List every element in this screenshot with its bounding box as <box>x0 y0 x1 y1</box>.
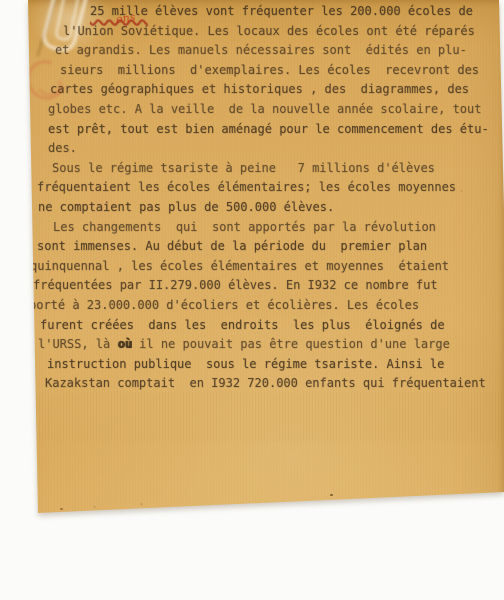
typewritten-line: fréquentaient les écoles élémentaires; l… <box>0 178 504 198</box>
typewritten-text: 25 mille élèves vont fréquenter les 200.… <box>0 2 504 394</box>
dirt-specks <box>28 278 31 280</box>
scanned-document-screen: 25 mille élèves vont fréquenter les 200.… <box>0 0 504 600</box>
typewritten-line: Sous le régime tsariste à peine 7 millio… <box>0 159 504 179</box>
typewritten-line: l'Union Soviétique. Les locaux des école… <box>0 22 504 42</box>
handwritten-correction: ons <box>115 11 136 27</box>
typewritten-line: l'URSS, là où il ne pouvait pas être que… <box>0 335 504 355</box>
typewritten-line: globes etc. A la veille de la nouvelle a… <box>0 100 504 120</box>
typewritten-line: fréquentées par II.279.000 élèves. En I9… <box>0 276 504 296</box>
typewritten-line: quinquennal , les écoles élémentaires et… <box>0 257 504 277</box>
typewritten-line: instruction publique sous le régime tsar… <box>0 355 504 375</box>
paper-texture-band <box>30 393 504 441</box>
document-paper: 25 mille élèves vont fréquenter les 200.… <box>0 0 504 600</box>
typewritten-line: furent créées dans les endroits les plus… <box>0 316 504 336</box>
typewritten-line: sont immenses. Au début de la période du… <box>0 237 504 257</box>
typewritten-line: des. <box>0 139 504 159</box>
red-ink-specks <box>9 221 12 225</box>
typewritten-line: Les changements qui sont apportés par la… <box>0 218 504 238</box>
typewritten-line: sieurs millions d'exemplaires. Les école… <box>0 61 504 81</box>
typewritten-line: 25 mille élèves vont fréquenter les 200.… <box>0 2 504 22</box>
typewritten-line: cartes géographiques et historiques , de… <box>0 80 504 100</box>
typewritten-line: ne comptaient pas plus de 500.000 élèves… <box>0 198 504 218</box>
paper-shadow-wrap: 25 mille élèves vont fréquenter les 200.… <box>0 0 504 600</box>
typewritten-line: porté à 23.000.000 d'écoliers et écolièr… <box>0 296 504 316</box>
typewritten-line: et agrandis. Les manuels nécessaires son… <box>0 41 504 61</box>
typewritten-line: est prêt, tout est bien aménagé pour le … <box>0 120 504 140</box>
typewritten-line: Kazakstan comptait en I932 720.000 enfan… <box>0 374 504 394</box>
